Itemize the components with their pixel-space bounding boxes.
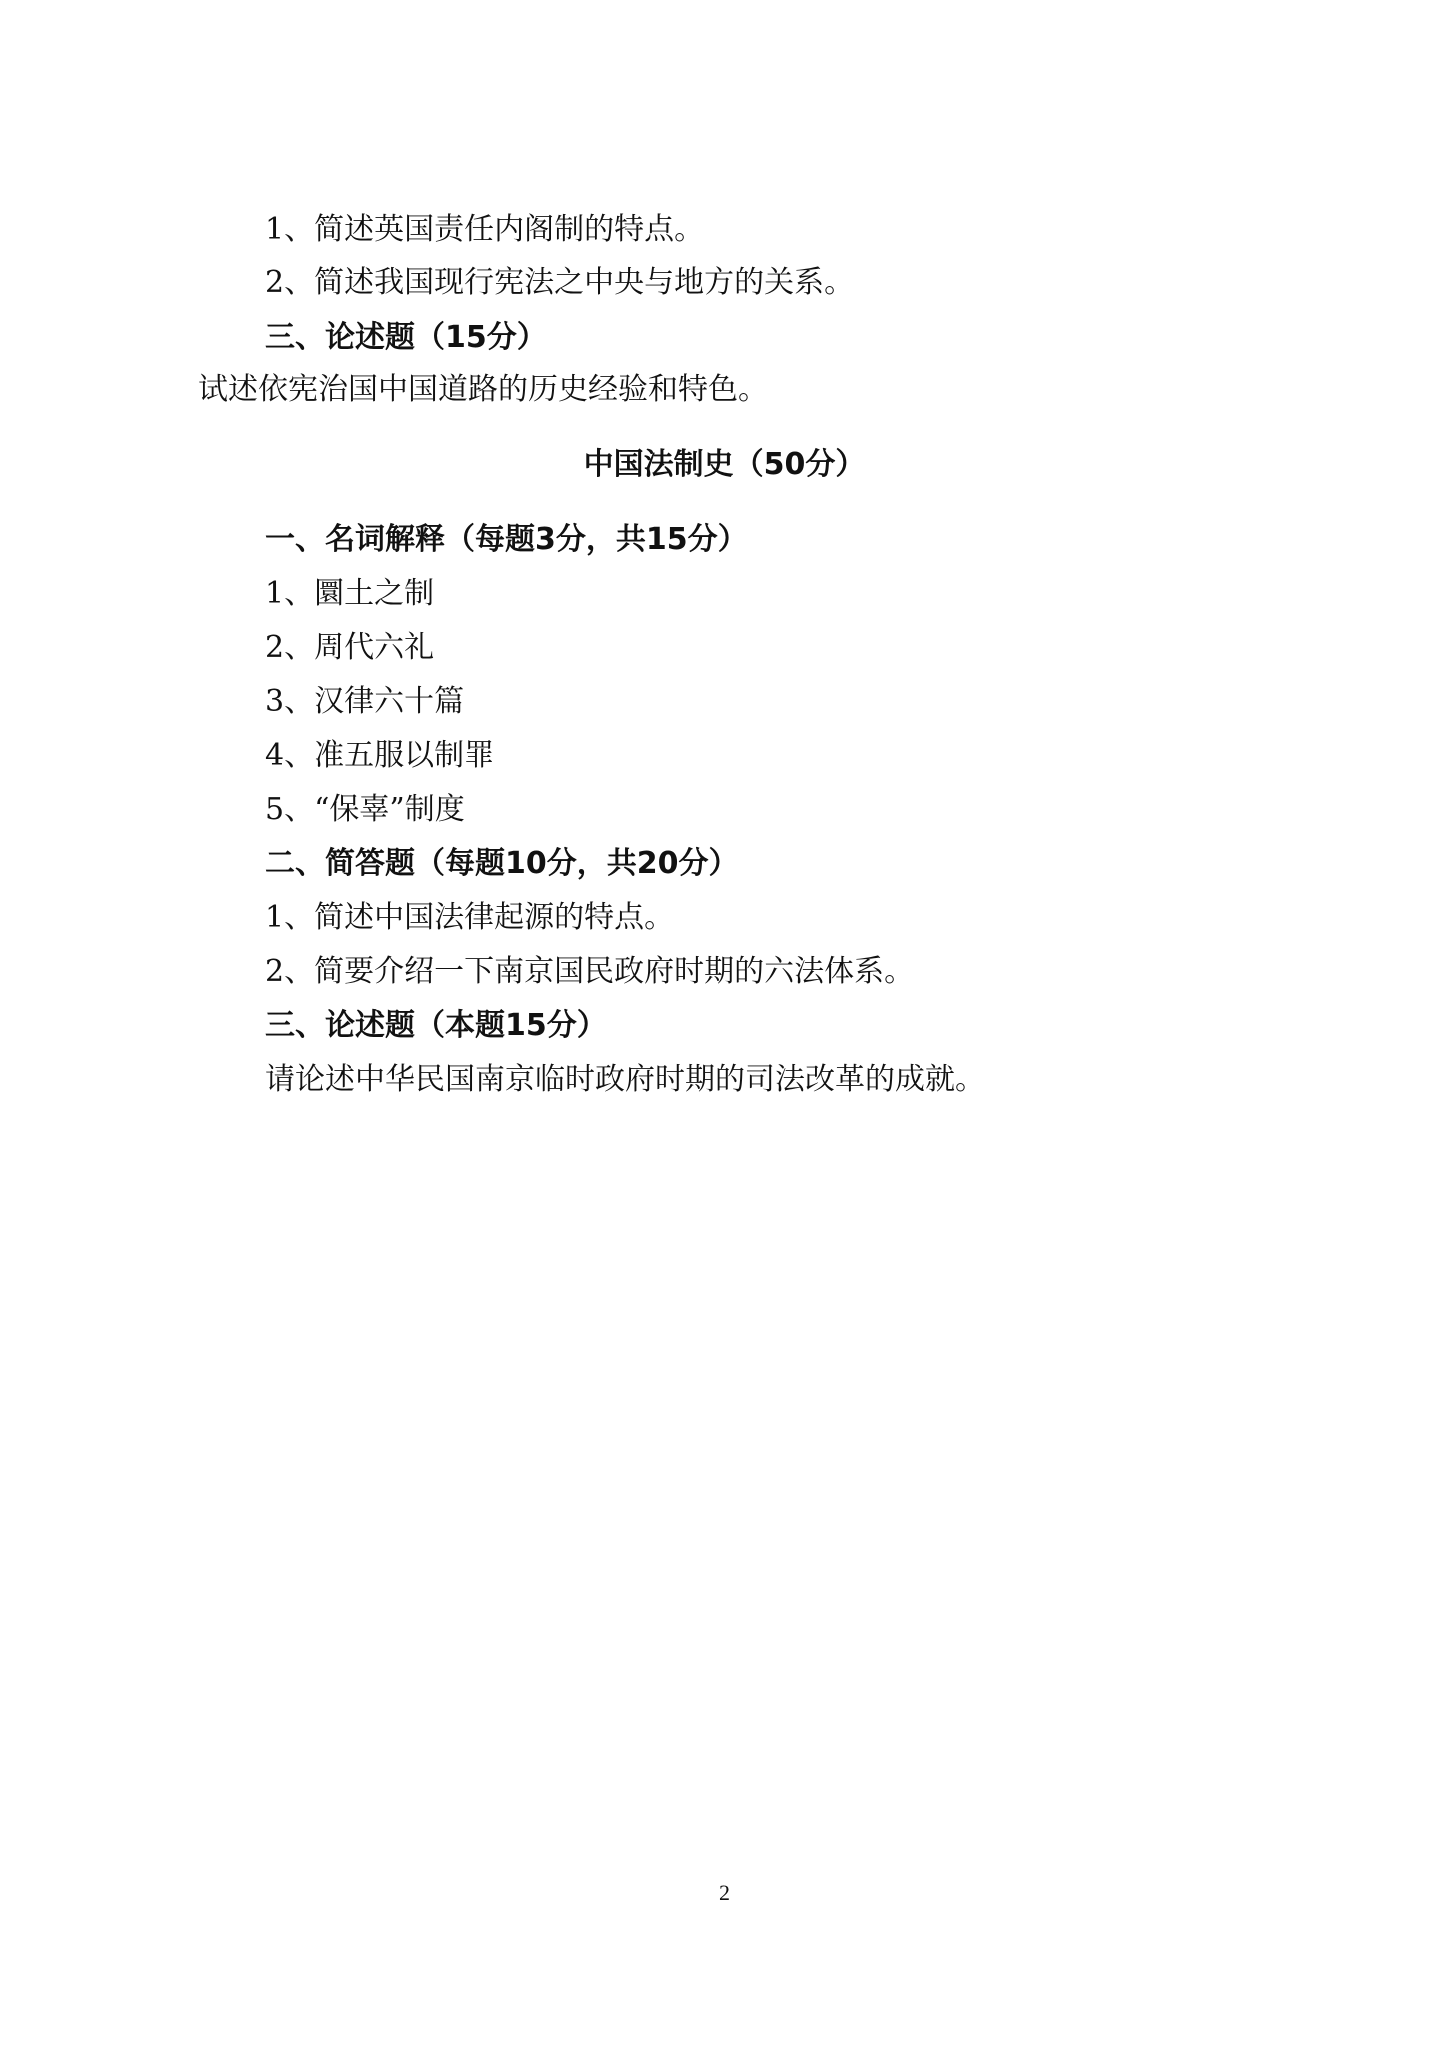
question-text: 2、简要介绍一下南京国民政府时期的六法体系。: [265, 952, 914, 992]
question-text: 1、简述中国法律起源的特点。: [265, 898, 674, 938]
term-item: 3、汉律六十篇: [265, 682, 464, 722]
term-item: 5、“保辜”制度: [265, 790, 465, 830]
question-text: 试述依宪治国中国道路的历史经验和特色。: [198, 370, 768, 410]
question-text: 2、简述我国现行宪法之中央与地方的关系。: [265, 263, 854, 303]
term-item: 1、圜土之制: [265, 574, 434, 614]
page-number: 2: [0, 1880, 1449, 1906]
question-text: 1、简述英国责任内阁制的特点。: [265, 210, 704, 250]
section-heading: 三、论述题（15分）: [265, 318, 547, 358]
term-item: 4、准五服以制罪: [265, 736, 494, 776]
question-text: 请论述中华民国南京临时政府时期的司法改革的成就。: [265, 1060, 985, 1100]
section-heading: 三、论述题（本题15分）: [265, 1006, 607, 1046]
section-title: 中国法制史（50分）: [0, 445, 1449, 485]
section-heading: 二、简答题（每题10分，共20分）: [265, 844, 739, 884]
section-heading: 一、名词解释（每题3分，共15分）: [265, 520, 748, 560]
term-item: 2、周代六礼: [265, 628, 434, 668]
